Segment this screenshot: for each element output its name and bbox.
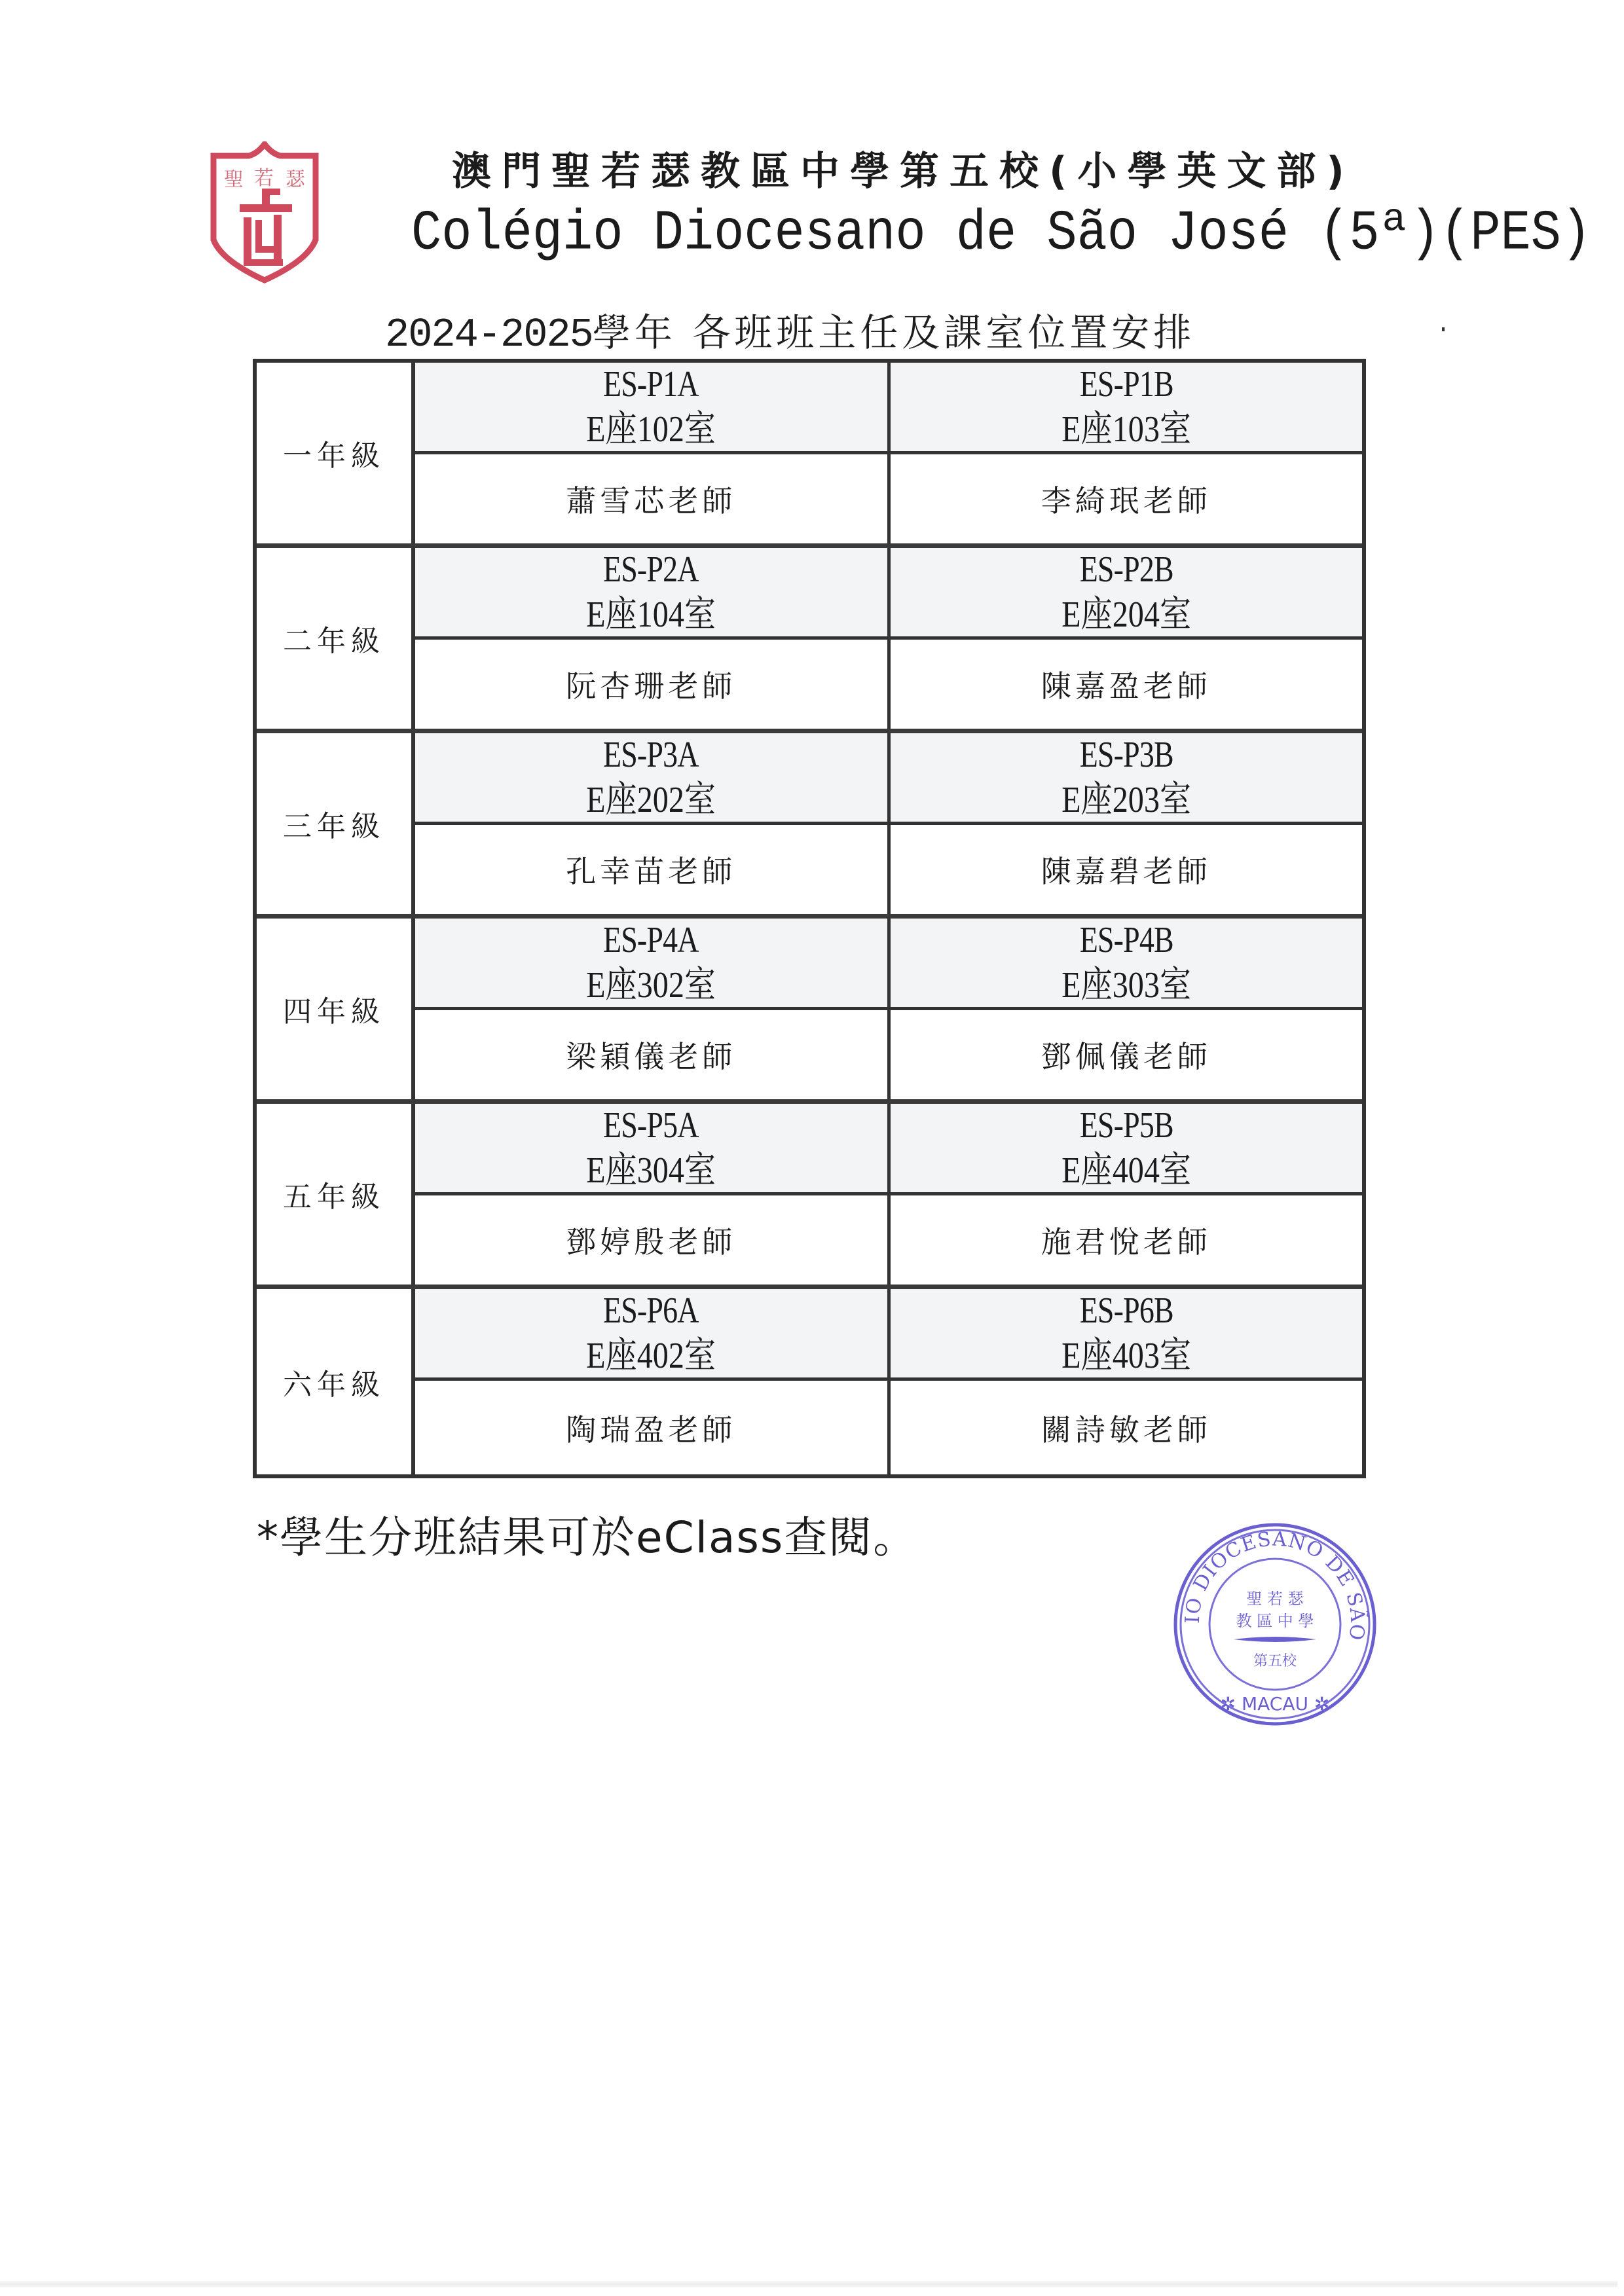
class-code: ES-P5B	[1079, 1103, 1173, 1148]
class-teacher: 關詩敏老師	[891, 1381, 1363, 1474]
scan-speck	[1442, 327, 1445, 331]
class-info: ES-P2B E座204室	[891, 548, 1363, 640]
class-cell-b: ES-P1B E座103室 李綺珉老師	[891, 363, 1363, 543]
class-teacher: 陳嘉碧老師	[891, 825, 1363, 914]
footnote: *學生分班結果可於eClass查閱。	[257, 1502, 917, 1574]
class-info: ES-P5B E座404室	[891, 1104, 1363, 1195]
class-code: ES-P4B	[1079, 918, 1173, 962]
crest-char-3: 瑟	[286, 168, 306, 191]
grade-label: 四年級	[257, 919, 415, 1099]
classroom: E座402室	[586, 1333, 716, 1379]
class-code: ES-P3A	[603, 733, 699, 777]
class-teacher: 鄧佩儀老師	[891, 1010, 1363, 1099]
grade-row-5: 五年級 ES-P5A E座304室 鄧婷殷老師 ES-P5B E座404室 施君…	[257, 1104, 1362, 1289]
class-cell-b: ES-P2B E座204室 陳嘉盈老師	[891, 548, 1363, 729]
class-teacher: 李綺珉老師	[891, 454, 1363, 543]
school-crest-icon: 聖 若 瑟	[210, 141, 320, 284]
seal-center-line-1: 聖 若 瑟	[1246, 1590, 1304, 1608]
class-cell-b: ES-P6B E座403室 關詩敏老師	[891, 1289, 1363, 1474]
classroom: E座104室	[586, 592, 716, 638]
class-teacher: 孔幸苗老師	[415, 825, 887, 914]
class-code: ES-P6A	[603, 1288, 699, 1333]
grade-label: 一年級	[257, 363, 415, 543]
grade-label: 五年級	[257, 1104, 415, 1285]
school-seal-icon: COLEGIO DIOCESANO DE SÃO JOSÉ ✲ MACAU ✲ …	[1171, 1520, 1379, 1728]
crest-char-2: 若	[254, 167, 274, 190]
class-code: ES-P2B	[1079, 547, 1173, 592]
page-title: 2024-2025學年 各班班主任及課室位置安排	[385, 308, 1249, 360]
seal-center-line-3: 第五校	[1253, 1653, 1297, 1669]
class-cell-a: ES-P1A E座102室 蕭雪芯老師	[415, 363, 891, 543]
classroom: E座204室	[1061, 592, 1191, 638]
class-teacher: 蕭雪芯老師	[415, 454, 887, 543]
class-teacher: 鄧婷殷老師	[415, 1195, 887, 1285]
class-cell-a: ES-P6A E座402室 陶瑞盈老師	[415, 1289, 891, 1474]
class-assignment-table: 一年級 ES-P1A E座102室 蕭雪芯老師 ES-P1B E座103室 李綺…	[253, 359, 1366, 1478]
class-info: ES-P1B E座103室	[891, 363, 1363, 454]
class-info: ES-P6A E座402室	[415, 1289, 887, 1381]
class-info: ES-P2A E座104室	[415, 548, 887, 640]
page-title-text: 學年 各班班主任及課室位置安排	[593, 310, 1195, 355]
class-cell-a: ES-P4A E座302室 梁穎儀老師	[415, 919, 891, 1099]
seal-ring-text-bottom: ✲ MACAU ✲	[1221, 1693, 1330, 1715]
classroom: E座403室	[1061, 1333, 1191, 1379]
class-info: ES-P4A E座302室	[415, 919, 887, 1010]
scan-edge-line	[0, 2281, 1617, 2287]
classroom: E座202室	[586, 777, 716, 823]
grade-label: 三年級	[257, 733, 415, 914]
class-info: ES-P5A E座304室	[415, 1104, 887, 1195]
grade-label: 二年級	[257, 548, 415, 729]
grade-row-3: 三年級 ES-P3A E座202室 孔幸苗老師 ES-P3B E座203室 陳嘉…	[257, 733, 1362, 919]
class-teacher: 陶瑞盈老師	[415, 1381, 887, 1474]
class-code: ES-P3B	[1079, 733, 1173, 777]
class-code: ES-P5A	[603, 1103, 699, 1148]
class-info: ES-P3B E座203室	[891, 733, 1363, 825]
class-cell-b: ES-P5B E座404室 施君悅老師	[891, 1104, 1363, 1285]
school-name-portuguese: Colégio Diocesano de São José (5ª)(PES)	[411, 202, 1315, 268]
class-cell-b: ES-P4B E座303室 鄧佩儀老師	[891, 919, 1363, 1099]
classroom: E座404室	[1061, 1148, 1191, 1194]
class-cell-a: ES-P5A E座304室 鄧婷殷老師	[415, 1104, 891, 1285]
class-cell-a: ES-P2A E座104室 阮杏珊老師	[415, 548, 891, 729]
school-year: 2024-2025	[385, 312, 593, 358]
class-info: ES-P3A E座202室	[415, 733, 887, 825]
class-code: ES-P1B	[1079, 362, 1173, 407]
classroom: E座203室	[1061, 777, 1191, 823]
grade-row-6: 六年級 ES-P6A E座402室 陶瑞盈老師 ES-P6B E座403室 關詩…	[257, 1289, 1362, 1474]
class-info: ES-P4B E座303室	[891, 919, 1363, 1010]
school-name-chinese: 澳門聖若瑟教區中學第五校(小學英文部)	[452, 147, 1277, 196]
classroom: E座304室	[586, 1148, 716, 1194]
class-teacher: 陳嘉盈老師	[891, 640, 1363, 729]
class-code: ES-P1A	[603, 362, 699, 407]
grade-row-4: 四年級 ES-P4A E座302室 梁穎儀老師 ES-P4B E座303室 鄧佩…	[257, 919, 1362, 1104]
classroom: E座302室	[586, 962, 716, 1008]
classroom: E座303室	[1061, 962, 1191, 1008]
class-teacher: 梁穎儀老師	[415, 1010, 887, 1099]
class-teacher: 施君悅老師	[891, 1195, 1363, 1285]
seal-center-line-2: 教 區 中 學	[1236, 1612, 1314, 1630]
class-code: ES-P2A	[603, 547, 699, 592]
grade-row-1: 一年級 ES-P1A E座102室 蕭雪芯老師 ES-P1B E座103室 李綺…	[257, 363, 1362, 548]
class-teacher: 阮杏珊老師	[415, 640, 887, 729]
grade-label: 六年級	[257, 1289, 415, 1474]
class-code: ES-P4A	[603, 918, 699, 962]
classroom: E座102室	[586, 407, 716, 452]
class-info: ES-P6B E座403室	[891, 1289, 1363, 1381]
crest-char-1: 聖	[224, 168, 244, 191]
class-cell-a: ES-P3A E座202室 孔幸苗老師	[415, 733, 891, 914]
grade-row-2: 二年級 ES-P2A E座104室 阮杏珊老師 ES-P2B E座204室 陳嘉…	[257, 548, 1362, 733]
classroom: E座103室	[1061, 407, 1191, 452]
class-cell-b: ES-P3B E座203室 陳嘉碧老師	[891, 733, 1363, 914]
class-info: ES-P1A E座102室	[415, 363, 887, 454]
class-code: ES-P6B	[1079, 1288, 1173, 1333]
